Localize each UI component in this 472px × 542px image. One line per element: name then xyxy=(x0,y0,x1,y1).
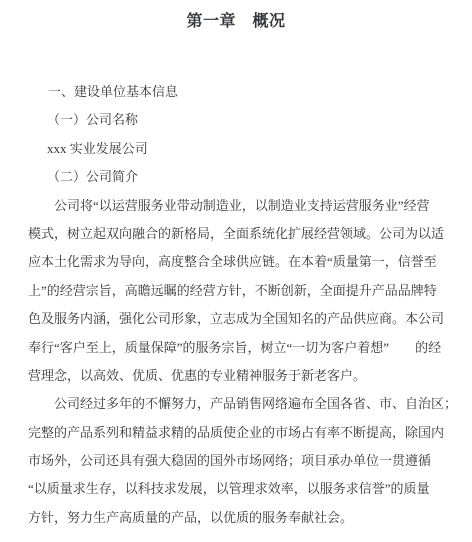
text-line: （二）公司简介 xyxy=(28,163,444,191)
text-line: xxx 实业发展公司 xyxy=(28,135,444,163)
text-line: 应本土化需求为导向，高度整合全球供应链。在本着“质量第一，信誉至 xyxy=(28,248,444,276)
text-line: 市场外，公司还具有强大稳固的国外市场网络；项目承办单位一贯遵循 xyxy=(28,447,444,475)
text-line: 上”的经营宗旨，高瞻远瞩的经营方针，不断创新，全面提升产品品牌特 xyxy=(28,277,444,305)
text-line: 模式，树立起双向融合的新格局，全面系统化扩展经营领域。公司为以适 xyxy=(28,220,444,248)
text-line: 完整的产品系列和精益求精的品质使企业的市场占有率不断提高，除国内 xyxy=(28,419,444,447)
text-line: “以质量求生存，以科技求发展，以管理求效率，以服务求信誉”的质量 xyxy=(28,475,444,503)
text-line: 方针，努力生产高质量的产品，以优质的服务奉献社会。 xyxy=(28,504,444,532)
text-line: 公司经过多年的不懈努力，产品销售网络遍布全国各省、市、自治区； xyxy=(28,390,444,418)
document-page: 第一章 概况 一、建设单位基本信息（一）公司名称xxx 实业发展公司（二）公司简… xyxy=(0,0,472,542)
text-line: （一）公司名称 xyxy=(28,106,444,134)
text-line: 营理念，以高效、优质、优惠的专业精神服务于新老客户。 xyxy=(28,362,444,390)
text-line: 色及服务内涵，强化公司形象，立志成为全国知名的产品供应商。本公司 xyxy=(28,305,444,333)
text-line: 奉行“客户至上，质量保障”的服务宗旨，树立“一切为客户着想” 的经 xyxy=(28,334,444,362)
text-line: 公司将“以运营服务业带动制造业，以制造业支持运营服务业”经营 xyxy=(28,192,444,220)
chapter-title: 第一章 概况 xyxy=(28,8,444,36)
document-body: 一、建设单位基本信息（一）公司名称xxx 实业发展公司（二）公司简介公司将“以运… xyxy=(28,78,444,532)
text-line: 一、建设单位基本信息 xyxy=(28,78,444,106)
